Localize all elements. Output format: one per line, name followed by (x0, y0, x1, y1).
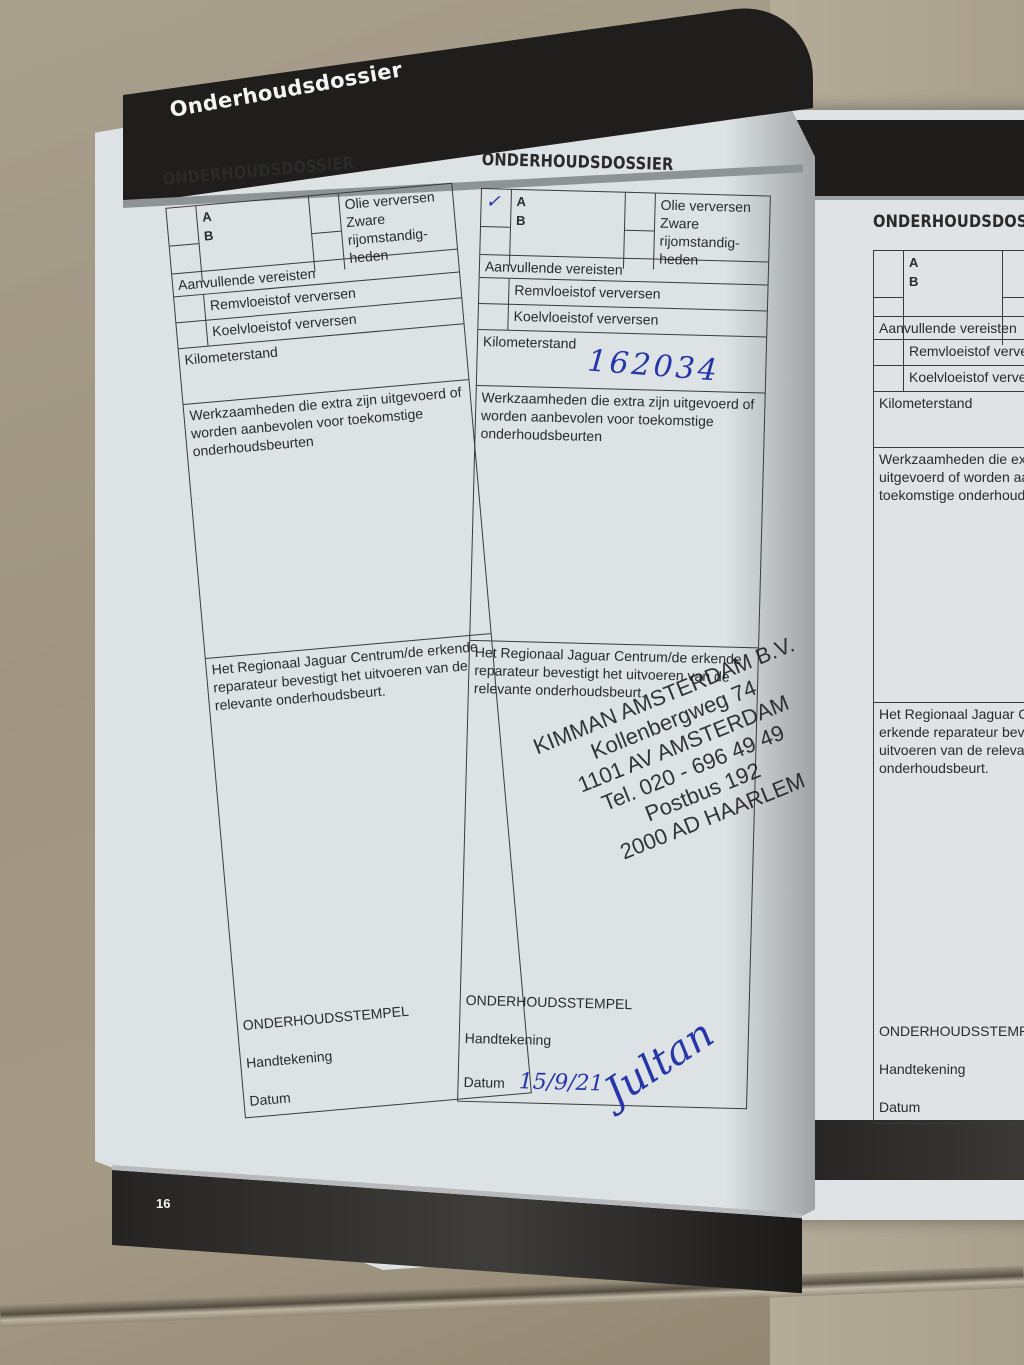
extra-work-row: Werkzaamheden die extra zijn uitgevoerd … (184, 380, 491, 659)
confirmation-text: Het Regionaal Jaguar Centrum/de erkende … (874, 703, 1024, 779)
additional-requirements-row: Aanvullende vereisten Remvloeistof verve… (874, 317, 1024, 392)
extra-work-row: Werkzaamheden die extra zijn uitgevoerd … (874, 448, 1024, 703)
signature-label: Handtekening (879, 1061, 1024, 1077)
checkbox-oil[interactable] (625, 193, 655, 232)
checkbox-service-a[interactable]: ✓ (481, 189, 511, 228)
checkbox-service-a[interactable] (166, 206, 198, 246)
coolant-label: Koelvloeistof verversen (904, 365, 1024, 391)
stamp-label: ONDERHOUDSSTEMPEL (242, 1003, 409, 1033)
stamp-label: ONDERHOUDSSTEMPEL (466, 992, 633, 1012)
checkbox-brake-fluid[interactable] (874, 339, 904, 365)
date-value[interactable]: 15/9/21 (518, 1069, 603, 1096)
page-number: 16 (156, 1196, 170, 1211)
mileage-label: Kilometerstand (874, 392, 1024, 414)
service-type-row: A B Olie verversen Zware rijomstandig-he… (874, 251, 1024, 317)
confirmation-row: Het Regionaal Jaguar Centrum/de erkende … (874, 703, 1024, 1123)
checkbox-oil[interactable] (309, 194, 341, 234)
brake-fluid-label: Remvloeistof verversen (904, 339, 1024, 365)
maintenance-form-middle: ONDERHOUDSDOSSIER ✓ A B Olie verversen Z… (457, 150, 772, 1109)
checkbox-coolant[interactable] (478, 303, 509, 330)
check-mark-icon: ✓ (485, 191, 501, 212)
service-a-label: A (909, 253, 997, 272)
additional-requirements-row: Aanvullende vereisten Remvloeistof verve… (478, 255, 768, 338)
signature-label: Handtekening (465, 1030, 632, 1050)
service-b-label: B (909, 272, 997, 291)
form-box: ✓ A B Olie verversen Zware rijomstandig-… (457, 188, 771, 1109)
checkbox-brake-fluid[interactable] (479, 277, 510, 304)
extra-work-label: Werkzaamheden die extra zijn uitgevoerd … (475, 386, 764, 452)
checkbox-oil[interactable] (1003, 251, 1024, 298)
right-footer-band (790, 1120, 1024, 1180)
form-title: ONDERHOUDSDOSSIER (873, 212, 1024, 232)
date-label: Datum (249, 1078, 416, 1108)
date-label: Datum (463, 1074, 505, 1091)
checkbox-coolant[interactable] (176, 320, 208, 349)
service-type-row: ✓ A B Olie verversen Zware rijomstandig-… (480, 189, 770, 263)
checkbox-coolant[interactable] (874, 365, 904, 391)
service-b-label: B (516, 211, 619, 233)
signature-label: Handtekening (245, 1041, 412, 1071)
checkbox-brake-fluid[interactable] (174, 294, 206, 323)
stamp-label: ONDERHOUDSSTEMPEL (879, 1023, 1024, 1039)
maintenance-form-right: ONDERHOUDSDOSSIER A B Olie verversen Zwa… (873, 212, 1024, 1124)
extra-work-label: Werkzaamheden die extra zijn uitgevoerd … (874, 448, 1024, 506)
checkbox-service-a[interactable] (874, 251, 903, 298)
mileage-row: Kilometerstand (874, 392, 1024, 448)
additional-header: Aanvullende vereisten (874, 317, 1024, 339)
date-label: Datum (879, 1099, 1024, 1115)
extra-work-row: Werkzaamheden die extra zijn uitgevoerd … (470, 386, 765, 648)
mileage-row: Kilometerstand 162034 (477, 330, 766, 394)
right-header-band (790, 120, 1024, 200)
form-box: A B Olie verversen Zware rijomstandig-he… (873, 250, 1024, 1124)
